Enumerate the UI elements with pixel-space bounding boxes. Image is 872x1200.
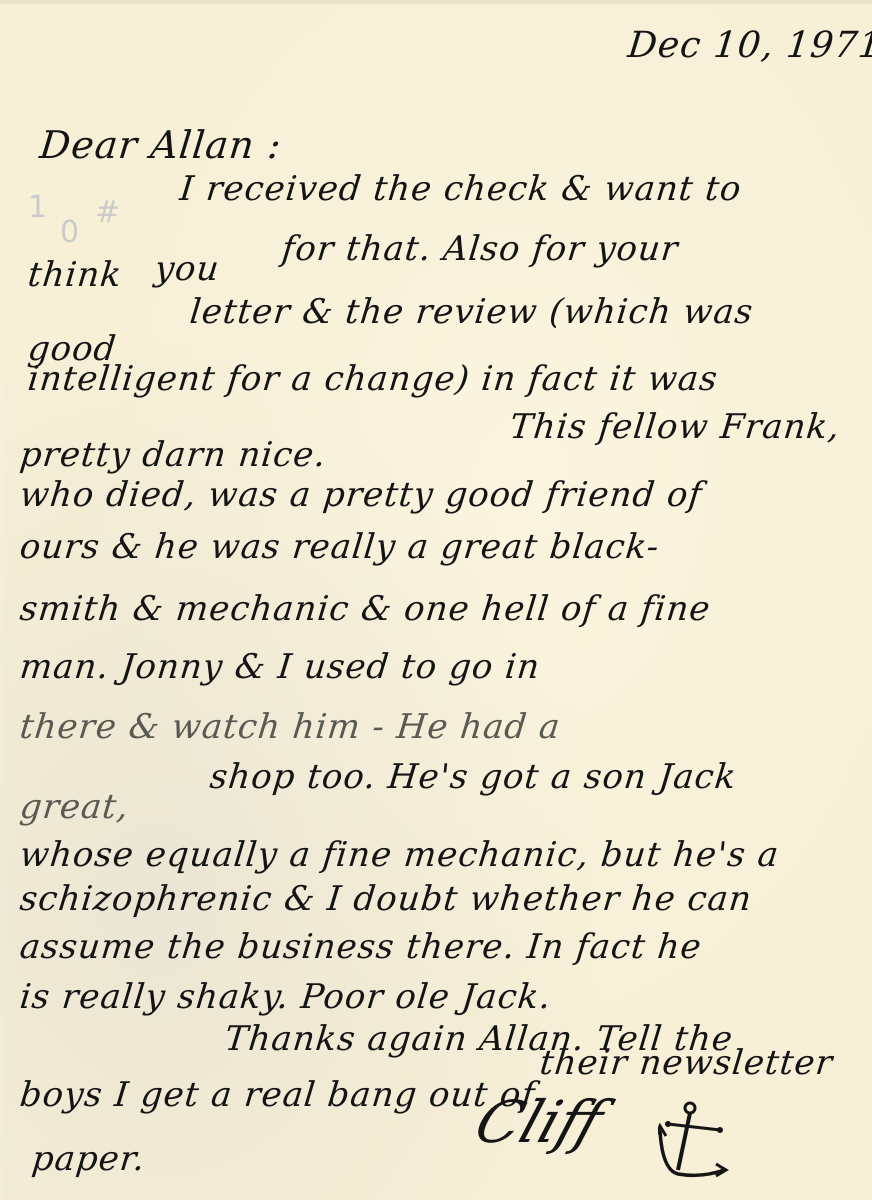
body-line: who died, was a pretty good friend of: [18, 478, 704, 512]
body-line: assume the business there. In fact he: [18, 930, 703, 964]
body-line: you: [153, 252, 221, 286]
anchor-icon: [658, 1100, 758, 1190]
letter-page: 1 0 # Dec 10, 1971 Dear Allan : I receiv…: [0, 0, 872, 1200]
body-line: This fellow Frank,: [508, 410, 842, 444]
paper-top-edge: [0, 0, 872, 4]
body-line: ours & he was really a great black-: [18, 530, 661, 564]
body-line: paper.: [30, 1142, 147, 1176]
body-line: there & watch him - He had a: [18, 710, 562, 744]
body-line: think: [26, 258, 124, 292]
body-line: for that. Also for your: [280, 232, 680, 266]
letter-date: Dec 10, 1971: [626, 28, 872, 64]
signature-block: Cliff: [478, 1080, 758, 1190]
body-line: I received the check & want to: [178, 172, 743, 206]
body-line: great,: [18, 790, 130, 824]
signature: Cliff: [467, 1088, 612, 1156]
body-line: smith & mechanic & one hell of a fine: [18, 592, 712, 626]
letter-salutation: Dear Allan :: [38, 126, 284, 164]
body-line: is really shaky. Poor ole Jack.: [18, 980, 553, 1014]
body-line: their newsletter: [538, 1046, 834, 1080]
pencil-mark: 1: [28, 190, 47, 225]
body-line: boys I get a real bang out of: [18, 1078, 537, 1112]
body-line: schizophrenic & I doubt whether he can: [18, 882, 753, 916]
body-line: letter & the review (which was: [188, 295, 755, 329]
pencil-mark: #: [95, 195, 120, 230]
body-line: pretty darn nice.: [18, 438, 328, 472]
body-line: intelligent for a change) in fact it was: [26, 362, 719, 396]
pencil-mark: 0: [60, 215, 79, 250]
body-line: shop too. He's got a son Jack: [208, 760, 738, 794]
body-line: man. Jonny & I used to go in: [18, 650, 542, 684]
body-line: whose equally a fine mechanic, but he's …: [18, 838, 781, 872]
